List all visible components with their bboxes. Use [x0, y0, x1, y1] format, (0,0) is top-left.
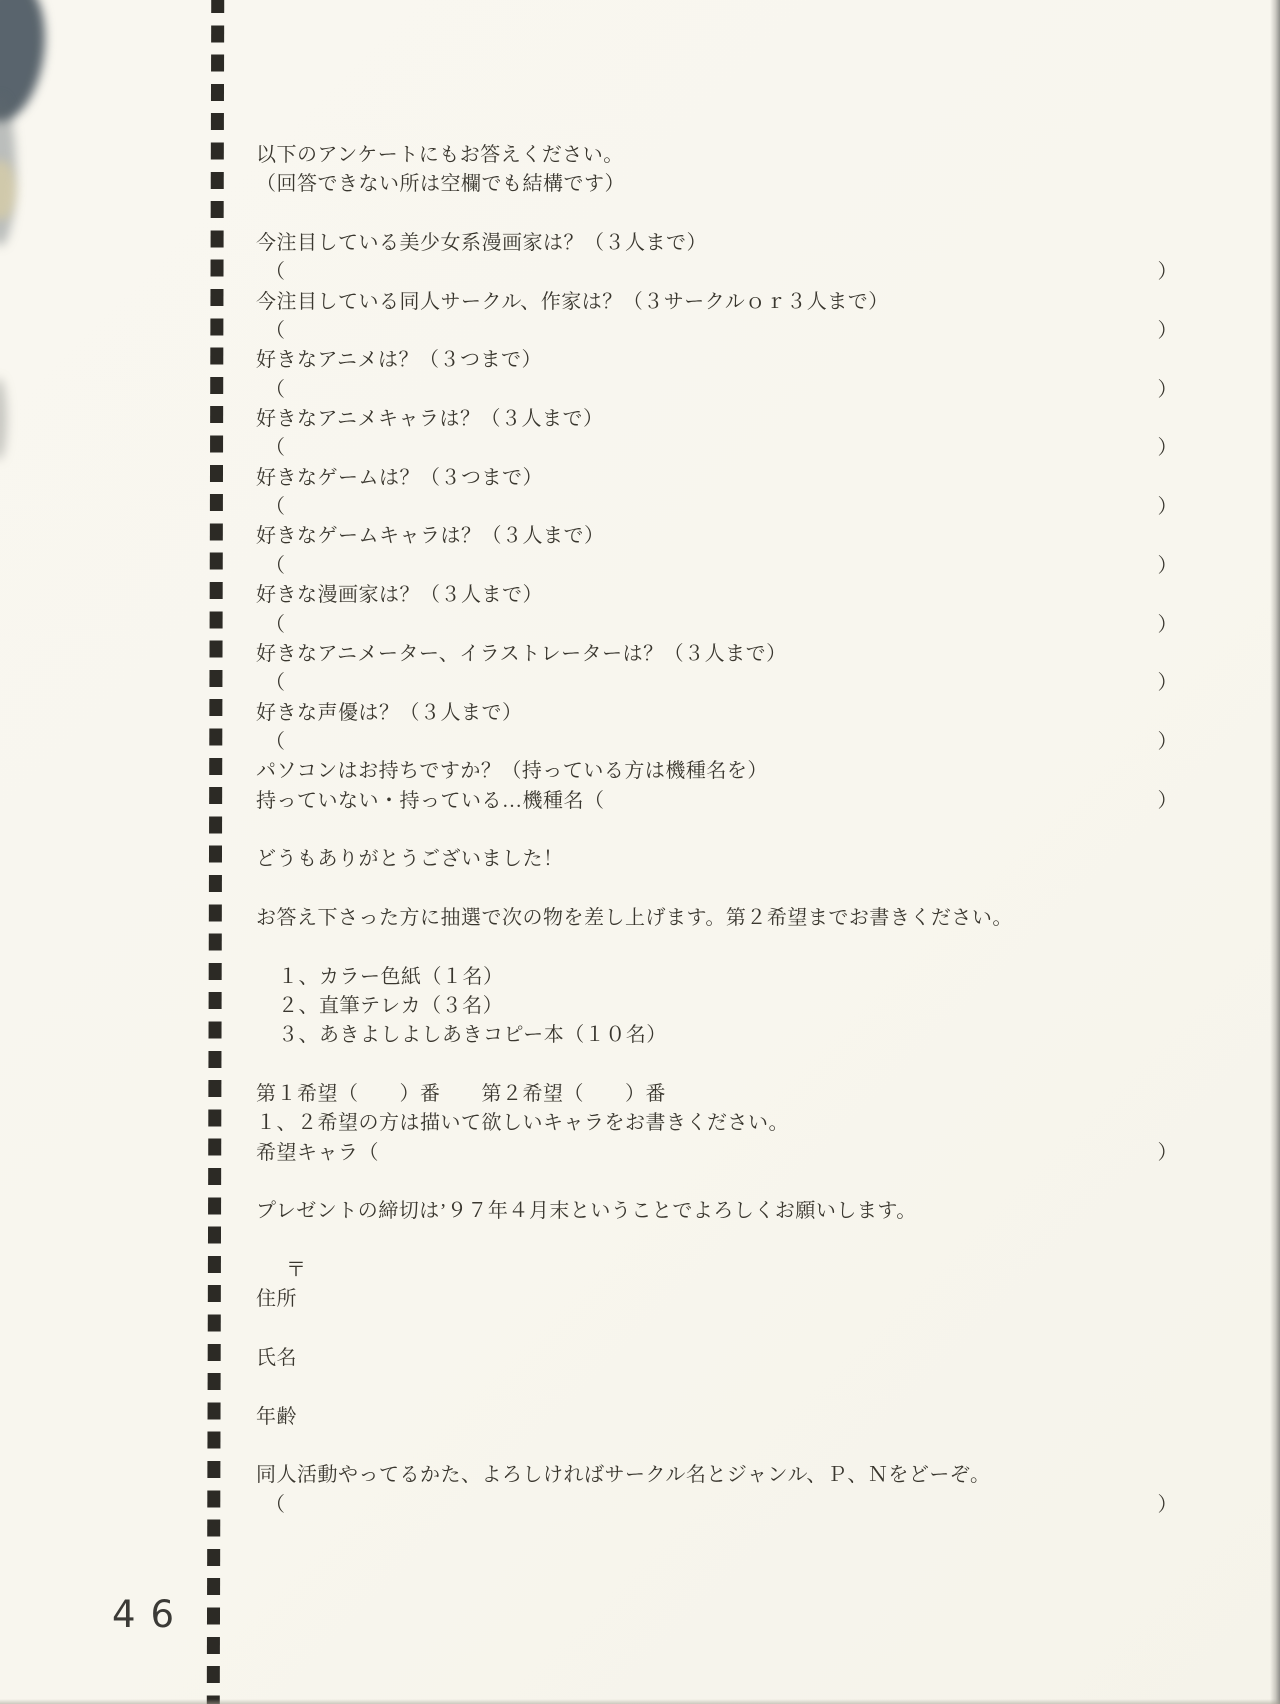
- open-paren: （: [265, 669, 286, 698]
- answer-blank-line: （）: [256, 728, 1178, 757]
- close-paren: ）: [1158, 611, 1179, 640]
- close-paren: ）: [1158, 258, 1179, 287]
- answer-blank-line: （）: [256, 317, 1178, 346]
- address-field-label: 住所: [256, 1285, 1178, 1314]
- answer-blank-line: （）: [256, 376, 1178, 405]
- question-line: 好きな漫画家は？（３人まで）: [256, 581, 1178, 610]
- question-line: 好きなゲームキャラは？（３人まで）: [256, 522, 1178, 551]
- pc-question-line: パソコンはお持ちですか？（持っている方は機種名を）: [256, 757, 1178, 786]
- close-paren: ）: [1158, 552, 1179, 581]
- age-field-label: 年齢: [256, 1403, 1178, 1432]
- blank-line: [256, 200, 1178, 229]
- name-field-label: 氏名: [256, 1344, 1178, 1373]
- scan-right-edge: [1270, 0, 1280, 1704]
- ink-smudge-left-edge: [0, 378, 7, 460]
- open-paren: （: [265, 611, 286, 640]
- close-paren: ）: [1158, 376, 1179, 405]
- dashed-cut-line: [207, 0, 224, 1704]
- prize-item: １、カラー色紙（１名）: [256, 963, 1178, 992]
- answer-blank-line: （）: [256, 552, 1178, 581]
- blank-line: [256, 933, 1178, 962]
- prize-intro-line: お答え下さった方に抽選で次の物を差し上げます。第２希望までお書きください。: [256, 904, 1178, 933]
- blank-line: [256, 1051, 1178, 1080]
- chara-answer-line: 希望キャラ（）: [256, 1139, 1178, 1168]
- open-paren: （: [265, 493, 286, 522]
- open-paren: （: [265, 552, 286, 581]
- open-paren: （: [265, 728, 286, 757]
- close-paren: ）: [1158, 317, 1179, 346]
- blank-line: [256, 1373, 1178, 1402]
- scanned-page: 以下のアンケートにもお答えください。 （回答できない所は空欄でも結構です） 今注…: [0, 0, 1280, 1704]
- question-line: 好きな声優は？（３人まで）: [256, 699, 1178, 728]
- blank-line: [256, 816, 1178, 845]
- prize-item: ２、直筆テレカ（３名）: [256, 992, 1178, 1021]
- close-paren: ）: [1158, 493, 1179, 522]
- question-line: 好きなゲームは？（３つまで）: [256, 464, 1178, 493]
- blank-line: [256, 875, 1178, 904]
- close-paren: ）: [1158, 1139, 1179, 1168]
- deadline-line: プレゼントの締切は’９７年４月末ということでよろしくお願いします。: [256, 1197, 1178, 1226]
- pc-answer-line: 持っていない・持っている…機種名（）: [256, 787, 1178, 816]
- close-paren: ）: [1158, 434, 1179, 463]
- close-paren: ）: [1158, 1491, 1179, 1520]
- chara-prefix: 希望キャラ（: [256, 1139, 379, 1168]
- thanks-line: どうもありがとうございました！: [256, 845, 1178, 874]
- circle-question-line: 同人活動やってるかた、よろしければサークル名とジャンル、Ｐ、Ｎをどーぞ。: [256, 1461, 1178, 1490]
- question-line: 好きなアニメーター、イラストレーターは？（３人まで）: [256, 640, 1178, 669]
- open-paren: （: [265, 1491, 286, 1520]
- pc-answer-prefix: 持っていない・持っている…機種名（: [256, 787, 605, 816]
- choice-line: 第１希望（ ）番 第２希望（ ）番: [256, 1080, 1178, 1109]
- close-paren: ）: [1158, 728, 1179, 757]
- answer-blank-line: （）: [256, 434, 1178, 463]
- close-paren: ）: [1158, 669, 1179, 698]
- answer-blank-line: （）: [256, 493, 1178, 522]
- open-paren: （: [265, 376, 286, 405]
- open-paren: （: [265, 434, 286, 463]
- blank-line: [256, 1432, 1178, 1461]
- scan-bottom-edge: [0, 1699, 1280, 1704]
- open-paren: （: [265, 317, 286, 346]
- question-line: 好きなアニメキャラは？（３人まで）: [256, 405, 1178, 434]
- blank-line: [256, 1315, 1178, 1344]
- blank-line: [256, 1168, 1178, 1197]
- intro-line: 以下のアンケートにもお答えください。: [256, 141, 1178, 170]
- survey-content: 以下のアンケートにもお答えください。 （回答できない所は空欄でも結構です） 今注…: [256, 141, 1178, 1520]
- close-paren: ）: [1158, 787, 1179, 816]
- open-paren: （: [265, 258, 286, 287]
- answer-blank-line: （）: [256, 258, 1178, 287]
- answer-blank-line: （）: [256, 1491, 1178, 1520]
- postal-mark: 〒: [256, 1256, 1178, 1285]
- blank-line: [256, 1227, 1178, 1256]
- prize-item: ３、あきよしよしあきコピー本（１０名）: [256, 1021, 1178, 1050]
- question-line: 今注目している同人サークル、作家は？（３サークルｏｒ３人まで）: [256, 288, 1178, 317]
- answer-blank-line: （）: [256, 611, 1178, 640]
- intro-note: （回答できない所は空欄でも結構です）: [256, 170, 1178, 199]
- question-line: 今注目している美少女系漫画家は？（３人まで）: [256, 229, 1178, 258]
- answer-blank-line: （）: [256, 669, 1178, 698]
- question-line: 好きなアニメは？（３つまで）: [256, 346, 1178, 375]
- page-number: 46: [112, 1593, 189, 1636]
- choice-note-line: １、２希望の方は描いて欲しいキャラをお書きください。: [256, 1109, 1178, 1138]
